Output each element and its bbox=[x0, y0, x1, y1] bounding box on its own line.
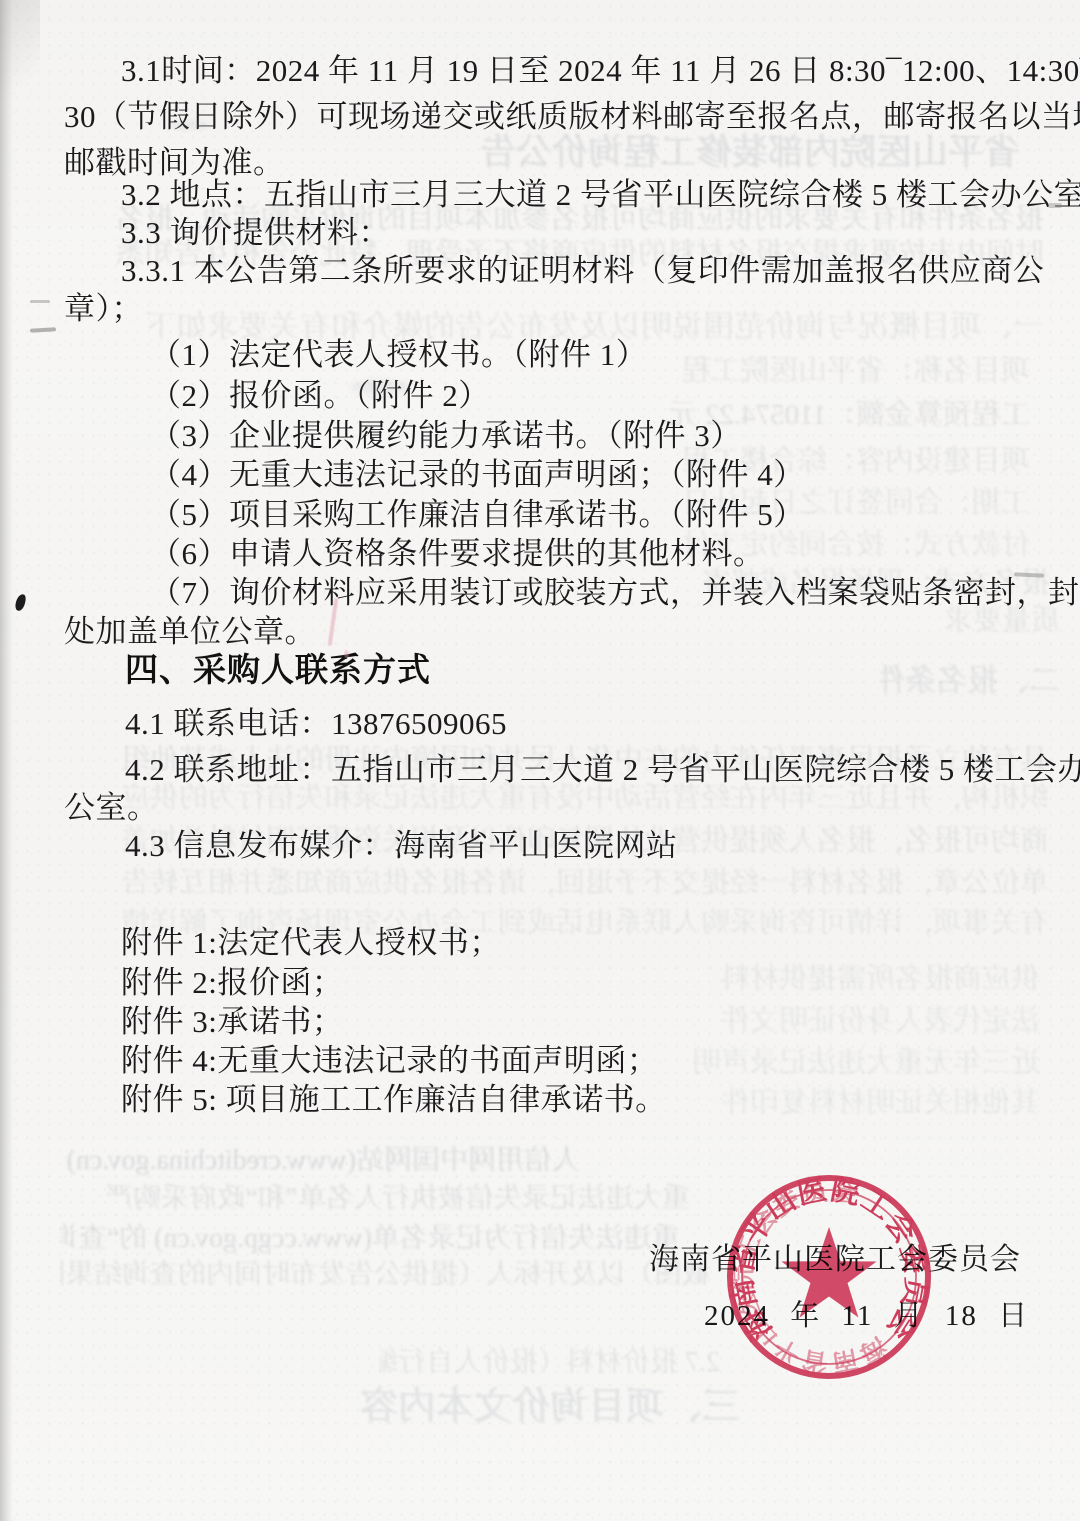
contact-line: 4.1 联系电话：13876509065 bbox=[125, 706, 507, 742]
attachment-line: 附件 4:无重大违法记录的书面声明函； bbox=[121, 1043, 658, 1079]
bleedthrough-ghost-line: 二、报名条件 bbox=[880, 655, 1060, 700]
smudge bbox=[350, 380, 410, 394]
list-item: （6）申请人资格条件要求提供的其他材料。 bbox=[150, 536, 765, 572]
smudge bbox=[170, 120, 210, 130]
signature-org: 海南省平山医院工会委员会 bbox=[649, 1243, 1021, 1278]
attachment-line: 附件 2:报价函； bbox=[121, 965, 343, 1001]
attachment-line: 附件 3:承诺书； bbox=[121, 1004, 343, 1040]
bleedthrough-ghost-line: 重大违法记录失信被执行人名单”和“政府采购严 bbox=[90, 1176, 690, 1216]
attachment-line: 附件 1:法定代表人授权书； bbox=[121, 925, 501, 961]
list-item: （1）法定代表人授权书。（附件 1） bbox=[150, 337, 647, 373]
body-line: 处加盖单位公章。 bbox=[64, 614, 316, 650]
signature-date: 2024 年 11 月 18 日 bbox=[704, 1300, 1029, 1333]
attachment-line: 附件 5: 项目施工工作廉洁自律承诺书。 bbox=[121, 1082, 667, 1118]
scan-edge bbox=[0, 0, 13, 1521]
list-item: （5）项目采购工作廉洁自律承诺书。（附件 5） bbox=[150, 497, 805, 533]
bleedthrough-ghost-line: 单位公章，报名材料一经提交不予退回，请各报名供应商知悉并相互转告 bbox=[64, 860, 1049, 901]
contact-line: 4.2 联系地址：五指山市三月三大道 2 号省平山医院综合楼 5 楼工会办 bbox=[125, 752, 1080, 788]
list-item: （3）企业提供履约能力承诺书。（附件 3） bbox=[150, 418, 742, 454]
bleedthrough-ghost-line: 2.7 报价材料（报价人自行编制） bbox=[380, 1340, 720, 1380]
pink-streak bbox=[344, 650, 349, 658]
bleedthrough-ghost-line: 截图）以及开标人（提供公告发布时间内的查询结果网页截图） bbox=[60, 1252, 710, 1292]
scan-corner-shade bbox=[0, 0, 40, 120]
contact-line: 4.3 信息发布媒介：海南省平山医院网站 bbox=[125, 828, 678, 864]
ink-blot bbox=[14, 593, 27, 612]
edge-smudge bbox=[30, 300, 50, 303]
body-line: 章）； bbox=[64, 291, 143, 327]
body-line: 3.2 地点：五指山市三月三大道 2 号省平山医院综合楼 5 楼工会办公室 bbox=[121, 177, 1080, 213]
edge-smudge bbox=[30, 327, 56, 332]
edge-smudge bbox=[1048, 203, 1062, 208]
section-heading-contact: 四、采购人联系方式 bbox=[125, 651, 431, 689]
list-item: （4）无重大违法记录的书面声明函；（附件 4） bbox=[150, 457, 805, 493]
body-line: 3.1时间：2024 年 11 月 19 日至 2024 年 11 月 26 日… bbox=[121, 53, 1080, 89]
bleedthrough-ghost-line: 供应商报名所需提供材料 bbox=[560, 956, 1040, 997]
bleedthrough-ghost-line: 法定代表人身份证明文件 bbox=[560, 998, 1040, 1039]
bleedthrough-ghost-line: 人信用网中国网站(www.creditchina.gov.cn) bbox=[60, 1138, 580, 1178]
bleedthrough-ghost-line: 重违法失信行为记录名单(www.ccgp.gov.cn) 的“查询结果网页 bbox=[60, 1216, 680, 1256]
contact-line: 公室。 bbox=[64, 790, 159, 826]
scanned-document-page: 省平山医院内部装修工程询价公告 报名条件和有关要求的供应商均可报名参加本项目的询… bbox=[0, 0, 1080, 1521]
list-item: （7）询价材料应采用装订或胶装方式，并装入档案袋贴条密封，封口 bbox=[150, 575, 1080, 611]
bleedthrough-ghost-line: 三、项目询价文本内容 bbox=[250, 1375, 740, 1430]
body-line: 3.3 询价提供材料： bbox=[121, 215, 390, 251]
list-item: （2）报价函。（附件 2） bbox=[150, 378, 490, 414]
body-line: 邮戳时间为准。 bbox=[64, 145, 285, 181]
body-line: 3.3.1 本公告第二条所要求的证明材料（复印件需加盖报名供应商公 bbox=[121, 253, 1044, 289]
body-line: 30（节假日除外）可现场递交或纸质版材料邮寄至报名点，邮寄报名以当地 bbox=[64, 99, 1080, 135]
